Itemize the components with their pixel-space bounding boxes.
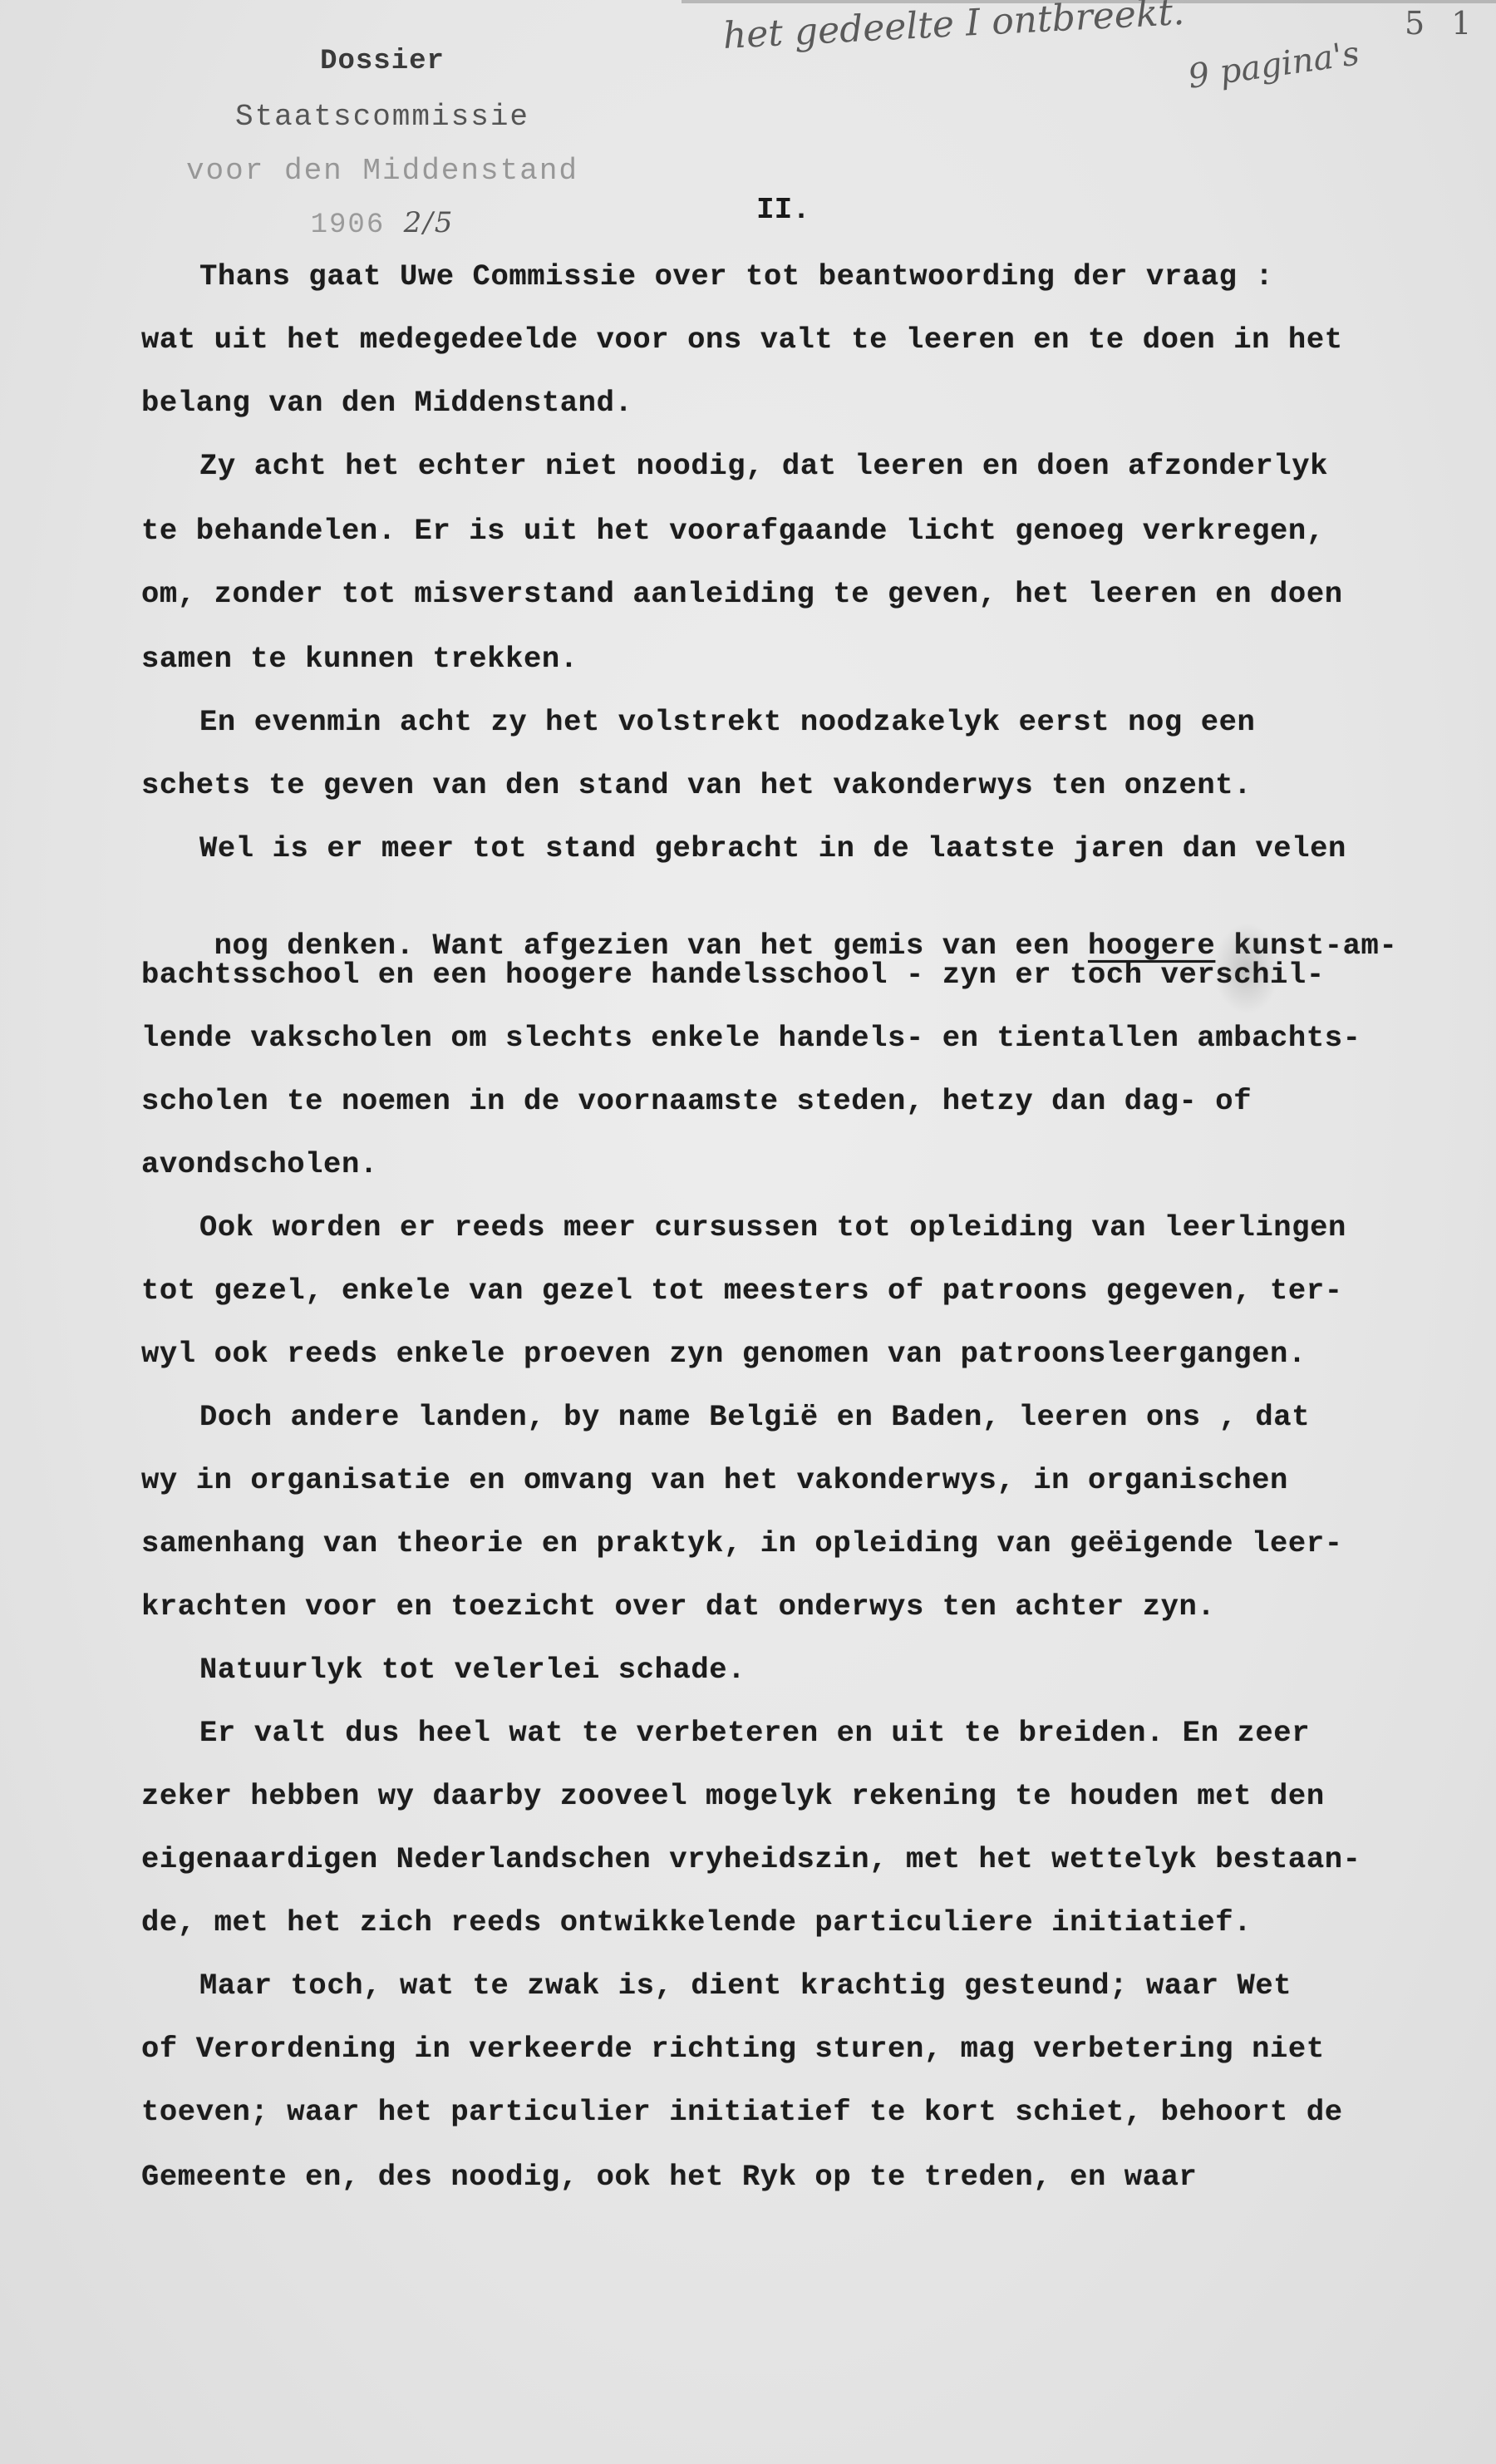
text-line: belang van den Middenstand. xyxy=(141,386,632,420)
text-line: krachten voor en toezicht over dat onder… xyxy=(141,1589,1215,1624)
handwritten-note: het gedeelte I ontbreekt. xyxy=(722,0,1186,57)
text-line: toeven; waar het particulier initiatief … xyxy=(141,2095,1343,2129)
text-line: zeker hebben wy daarby zooveel mogelyk r… xyxy=(141,1779,1325,1813)
text-line: wyl ook reeds enkele proeven zyn genomen… xyxy=(141,1337,1307,1371)
stamp-commission: Staatscommissie xyxy=(175,100,590,134)
stamp-dossier: Dossier xyxy=(175,46,590,77)
stamp-middenstand: voor den Middenstand xyxy=(175,154,590,188)
text-line: Ook worden er reeds meer cursussen tot o… xyxy=(199,1210,1346,1244)
text-line: de, met het zich reeds ontwikkelende par… xyxy=(141,1905,1252,1939)
handwritten-page-count: 9 pagina's xyxy=(1186,34,1362,96)
text-line: avondscholen. xyxy=(141,1147,378,1181)
text-line: tot gezel, enkele van gezel tot meesters… xyxy=(141,1274,1343,1308)
text-line: Thans gaat Uwe Commissie over tot beantw… xyxy=(199,259,1273,293)
text-line: of Verordening in verkeerde richting stu… xyxy=(141,2032,1325,2066)
document-page: Dossier Staatscommissie voor den Middens… xyxy=(0,0,1496,2464)
text-line: samen te kunnen trekken. xyxy=(141,642,578,676)
text-line: te behandelen. Er is uit het voorafgaand… xyxy=(141,514,1325,548)
text-line: lende vakscholen om slechts enkele hande… xyxy=(141,1021,1361,1055)
text-line: samenhang van theorie en praktyk, in opl… xyxy=(141,1526,1343,1560)
text-line: wy in organisatie en omvang van het vako… xyxy=(141,1463,1288,1497)
text-line: eigenaardigen Nederlandschen vryheidszin… xyxy=(141,1842,1361,1876)
text-line: Er valt dus heel wat te verbeteren en ui… xyxy=(199,1716,1310,1750)
stamp-year-value: 1906 xyxy=(311,209,386,241)
stamp-year-annotation: 2/5 xyxy=(404,206,455,239)
text-line: Gemeente en, des noodig, ook het Ryk op … xyxy=(141,2160,1197,2194)
text-line: Zy acht het echter niet noodig, dat leer… xyxy=(199,449,1328,483)
text-line: scholen te noemen in de voornaamste sted… xyxy=(141,1084,1252,1118)
text-line: bachtsschool en een hoogere handelsschoo… xyxy=(141,958,1325,992)
text-line: Maar toch, wat te zwak is, dient krachti… xyxy=(199,1969,1292,2003)
text-line: Natuurlyk tot velerlei schade. xyxy=(199,1653,746,1687)
section-heading: II. xyxy=(756,193,810,227)
text-line: om, zonder tot misverstand aanleiding te… xyxy=(141,577,1343,611)
stamp-year: 1906 2/5 xyxy=(175,206,590,241)
text-line: wat uit het medegedeelde voor ons valt t… xyxy=(141,323,1343,357)
text-line: Doch andere landen, by name België en Ba… xyxy=(199,1400,1310,1434)
handwritten-folio-number: 5 1 xyxy=(1405,5,1479,42)
text-line: schets te geven van den stand van het va… xyxy=(141,768,1252,802)
text-line: En evenmin acht zy het volstrekt noodzak… xyxy=(199,705,1255,739)
text-line: Wel is er meer tot stand gebracht in de … xyxy=(199,831,1346,865)
